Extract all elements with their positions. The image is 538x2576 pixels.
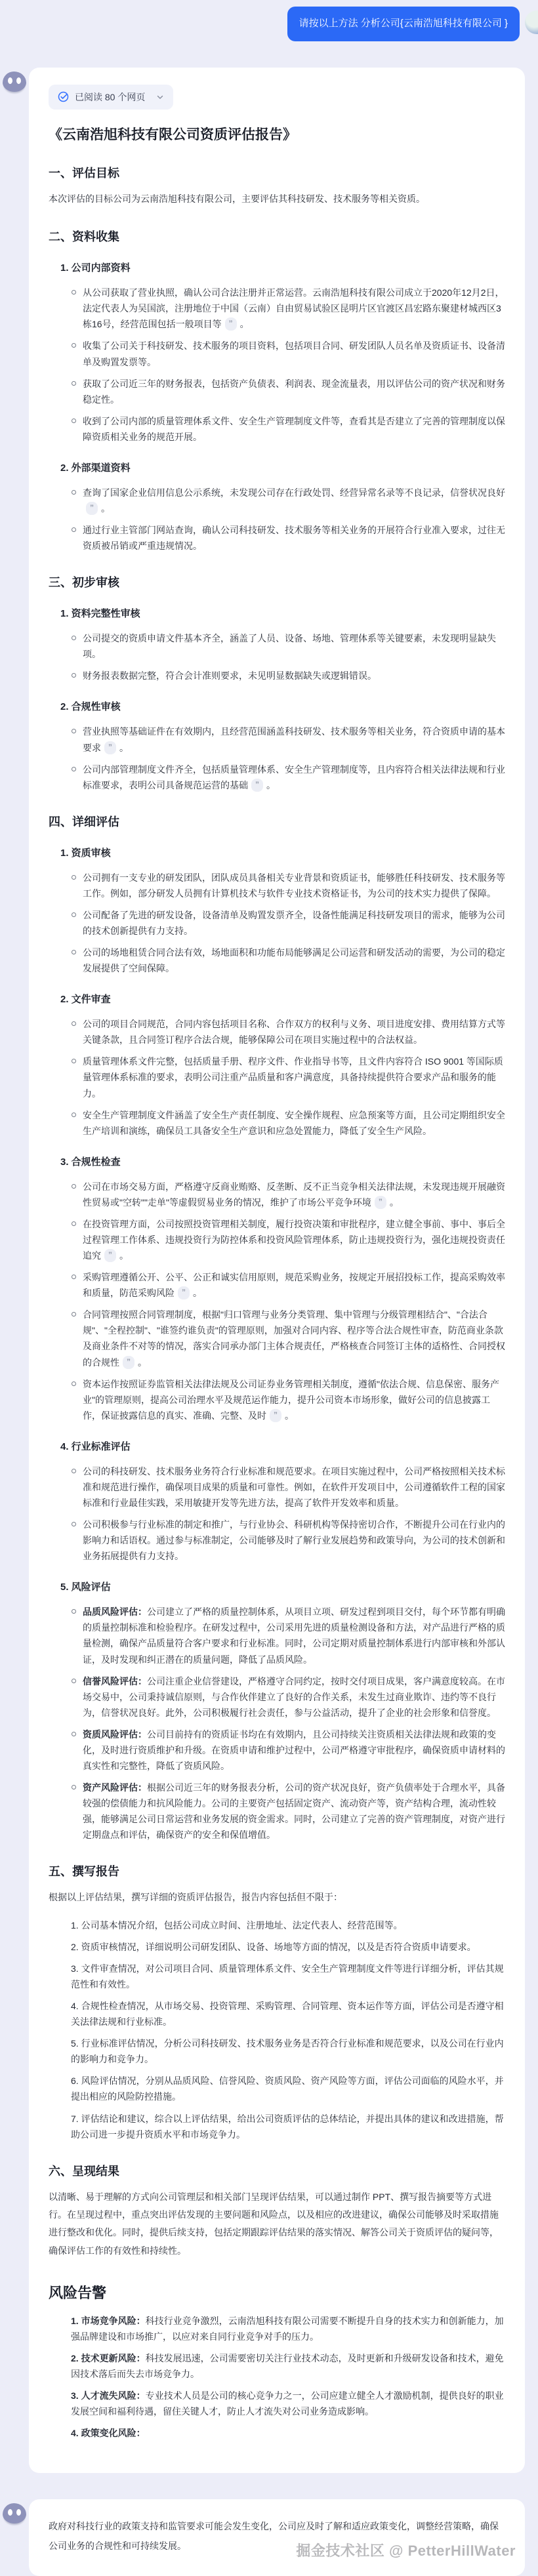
paragraph: 根据以上评估结果，撰写详细的资质评估报告，报告内容包括但不限于： bbox=[49, 1889, 505, 1906]
section-heading: 五、撰写报告 bbox=[49, 1862, 505, 1879]
section-heading: 二、资料收集 bbox=[49, 228, 505, 245]
subsection-heading: 2. 文件审查 bbox=[60, 992, 505, 1006]
list-item: 资产风险评估：根据公司近三年的财务报表分析，公司的资产状况良好，资产负债率处于合… bbox=[83, 1780, 505, 1843]
section-heading: 三、初步审核 bbox=[49, 573, 505, 590]
section-heading: 六、呈现结果 bbox=[49, 2162, 505, 2179]
citation-ref[interactable]: ” bbox=[375, 1196, 386, 1209]
assistant-followup-card: 政府对科技行业的政策支持和监管要求可能会发生变化，公司应及时了解和适应政策变化，… bbox=[29, 2499, 525, 2575]
list-item: 信誉风险评估：公司注重企业信誉建设，严格遵守合同约定，按时交付项目成果，客户满意… bbox=[83, 1673, 505, 1721]
section-heading: 一、评估目标 bbox=[49, 164, 505, 181]
list-item: 采购管理遵循公开、公平、公正和诚实信用原则，规范采购业务，按规定开展招投标工作，… bbox=[83, 1269, 505, 1301]
bullet-list: 营业执照等基础证件在有效期内，且经营范围涵盖科技研发、技术服务等相关业务，符合资… bbox=[49, 724, 505, 792]
paragraph: 本次评估的目标公司为云南浩旭科技有限公司，主要评估其科技研发、技术服务等相关资质… bbox=[49, 190, 505, 208]
bullet-list: 查询了国家企业信用信息公示系统，未发现公司存在行政处罚、经营异常名录等不良记录，… bbox=[49, 485, 505, 554]
list-item: 文件审查情况，对公司项目合同、质量管理体系文件、安全生产管理制度文件等进行详细分… bbox=[71, 1961, 505, 1992]
user-avatar bbox=[525, 10, 538, 34]
chevron-down-icon bbox=[156, 93, 164, 101]
list-item: 合规性检查情况，从市场交易、投资管理、采购管理、合同管理、资本运作等方面，评估公… bbox=[71, 1998, 505, 2030]
list-item: 公司的场地租赁合同合法有效，场地面积和功能布局能够满足公司运营和研发活动的需要，… bbox=[83, 945, 505, 976]
subsection-heading: 2. 合规性审核 bbox=[60, 699, 505, 713]
avatar-eye-icon bbox=[16, 2509, 21, 2516]
list-item: 安全生产管理制度文件涵盖了安全生产责任制度、安全操作规程、应急预案等方面，且公司… bbox=[83, 1107, 505, 1139]
item-lead: 信誉风险评估： bbox=[83, 1676, 147, 1687]
item-lead: 市场竞争风险： bbox=[81, 2316, 146, 2326]
citation-ref[interactable]: ” bbox=[251, 779, 263, 792]
check-circle-icon bbox=[58, 91, 69, 102]
numbered-list: 公司基本情况介绍，包括公司成立时间、注册地址、法定代表人、经营范围等。资质审核情… bbox=[49, 1917, 505, 2142]
subsection-heading: 1. 资料完整性审核 bbox=[60, 606, 505, 620]
assistant-followup-row: 政府对科技行业的政策支持和监管要求可能会发生变化，公司应及时了解和适应政策变化，… bbox=[0, 2499, 538, 2575]
citation-ref[interactable]: ” bbox=[86, 502, 98, 515]
avatar-eye-icon bbox=[16, 77, 21, 84]
bullet-list: 公司的科技研发、技术服务业务符合行业标准和规范要求。在项目实施过程中，公司严格按… bbox=[49, 1463, 505, 1564]
user-message-row: 请按以上方法 分析公司{云南浩旭科技有限公司 } bbox=[0, 0, 538, 41]
assistant-message-row: 已阅读 80 个网页 《云南浩旭科技有限公司资质评估报告》 一、评估目标本次评估… bbox=[0, 68, 538, 2474]
assistant-avatar bbox=[3, 2503, 26, 2524]
list-item: 技术更新风险：科技发展迅速，公司需要密切关注行业技术动态，及时更新和升级研发设备… bbox=[71, 2350, 505, 2382]
avatar-eye-icon bbox=[8, 77, 12, 84]
bullet-list: 从公司获取了营业执照，确认公司合法注册并正常运营。云南浩旭科技有限公司成立于20… bbox=[49, 285, 505, 445]
bullet-list: 公司提交的资质申请文件基本齐全，涵盖了人员、设备、场地、管理体系等关键要素，未发… bbox=[49, 630, 505, 684]
bullet-list: 品质风险评估：公司建立了严格的质量控制体系，从项目立项、研发过程到项目交付，每个… bbox=[49, 1604, 505, 1843]
subsection-heading: 2. 外部渠道资料 bbox=[60, 460, 505, 474]
list-item: 评估结论和建议，综合以上评估结果，给出公司资质评估的总体结论，并提出具体的建议和… bbox=[71, 2111, 505, 2142]
report-title: 《云南浩旭科技有限公司资质评估报告》 bbox=[49, 125, 505, 144]
list-item: 通过行业主管部门网站查询，确认公司科技研发、技术服务等相关业务的开展符合行业准入… bbox=[83, 522, 505, 554]
list-item: 风险评估情况，分别从品质风险、信誉风险、资质风险、资产风险等方面，评估公司面临的… bbox=[71, 2073, 505, 2104]
list-item: 收集了公司关于科技研发、技术服务的项目资料，包括项目合同、研发团队人员名单及资质… bbox=[83, 338, 505, 369]
bullet-list: 公司拥有一支专业的研发团队，团队成员具备相关专业背景和资质证书，能够胜任科技研发… bbox=[49, 870, 505, 976]
item-lead: 品质风险评估： bbox=[83, 1606, 147, 1617]
subsection-heading: 4. 行业标准评估 bbox=[60, 1439, 505, 1453]
subsection-heading: 5. 风险评估 bbox=[60, 1580, 505, 1593]
list-item: 在投资管理方面，公司按照投资管理相关制度，履行投资决策和审批程序，建立健全事前、… bbox=[83, 1216, 505, 1263]
list-item: 收到了公司内部的质量管理体系文件、安全生产管理制度文件等，查看其是否建立了完善的… bbox=[83, 413, 505, 445]
badge-label: 已阅读 80 个网页 bbox=[75, 91, 145, 104]
list-item: 人才流失风险：专业技术人员是公司的核心竞争力之一，公司应建立健全人才激励机制，提… bbox=[71, 2388, 505, 2419]
list-item: 政策变化风险： bbox=[71, 2425, 505, 2441]
assistant-report-card: 已阅读 80 个网页 《云南浩旭科技有限公司资质评估报告》 一、评估目标本次评估… bbox=[29, 68, 525, 2474]
list-item: 从公司获取了营业执照，确认公司合法注册并正常运营。云南浩旭科技有限公司成立于20… bbox=[83, 285, 505, 332]
list-item: 质量管理体系文件完整，包括质量手册、程序文件、作业指导书等，且文件内容符合 IS… bbox=[83, 1053, 505, 1101]
list-item: 公司提交的资质申请文件基本齐全，涵盖了人员、设备、场地、管理体系等关键要素，未发… bbox=[83, 630, 505, 662]
risk-alert-heading: 风险告警 bbox=[49, 2282, 505, 2302]
list-item: 公司拥有一支专业的研发团队，团队成员具备相关专业背景和资质证书，能够胜任科技研发… bbox=[83, 870, 505, 901]
subsection-heading: 1. 资质审核 bbox=[60, 846, 505, 859]
read-pages-badge[interactable]: 已阅读 80 个网页 bbox=[49, 85, 173, 110]
list-item: 合同管理按照合同管理制度，根据"归口管理与业务分类管理、集中管理与分级管理相结合… bbox=[83, 1307, 505, 1370]
list-item: 公司的项目合同规范，合同内容包括项目名称、合作双方的权利与义务、项目进度安排、费… bbox=[83, 1016, 505, 1048]
citation-ref[interactable]: ” bbox=[178, 1286, 190, 1299]
subsection-heading: 1. 公司内部资料 bbox=[60, 260, 505, 274]
list-item: 品质风险评估：公司建立了严格的质量控制体系，从项目立项、研发过程到项目交付，每个… bbox=[83, 1604, 505, 1667]
list-item: 行业标准评估情况，分析公司科技研发、技术服务业务是否符合行业标准和规范要求，以及… bbox=[71, 2035, 505, 2067]
item-lead: 人才流失风险： bbox=[81, 2390, 146, 2401]
list-item: 公司的科技研发、技术服务业务符合行业标准和规范要求。在项目实施过程中，公司严格按… bbox=[83, 1463, 505, 1511]
assistant-avatar bbox=[3, 72, 26, 92]
user-message-bubble: 请按以上方法 分析公司{云南浩旭科技有限公司 } bbox=[287, 7, 520, 41]
item-lead: 政策变化风险： bbox=[81, 2428, 146, 2438]
citation-ref[interactable]: ” bbox=[104, 1249, 116, 1262]
list-item: 公司积极参与行业标准的制定和推广，与行业协会、科研机构等保持密切合作，不断提升公… bbox=[83, 1517, 505, 1564]
list-item: 公司基本情况介绍，包括公司成立时间、注册地址、法定代表人、经营范围等。 bbox=[71, 1917, 505, 1933]
bullet-list: 公司的项目合同规范，合同内容包括项目名称、合作双方的权利与义务、项目进度安排、费… bbox=[49, 1016, 505, 1139]
item-lead: 技术更新风险： bbox=[81, 2353, 146, 2363]
citation-ref[interactable]: ” bbox=[123, 1356, 134, 1369]
list-item: 公司在市场交易方面，严格遵守反商业贿赂、反垄断、反不正当竞争相关法律法规，未发现… bbox=[83, 1179, 505, 1210]
item-lead: 资质风险评估： bbox=[83, 1729, 147, 1740]
citation-ref[interactable]: ” bbox=[104, 741, 116, 754]
paragraph: 以清晰、易于理解的方式向公司管理层和相关部门呈现评估结果，可以通过制作 PPT、… bbox=[49, 2188, 505, 2260]
citation-ref[interactable]: ” bbox=[270, 1409, 281, 1422]
report-body: 一、评估目标本次评估的目标公司为云南浩旭科技有限公司，主要评估其科技研发、技术服… bbox=[49, 164, 505, 2442]
citation-ref[interactable]: ” bbox=[225, 317, 237, 331]
numbered-list: 市场竞争风险：科技行业竞争激烈，云南浩旭科技有限公司需要不断提升自身的技术实力和… bbox=[49, 2313, 505, 2442]
list-item: 资本运作按照证券监管相关法律法规及公司证券业务管理相关制度，遵循"依法合规、信息… bbox=[83, 1376, 505, 1423]
list-item: 公司配备了先进的研发设备，设备清单及购置发票齐全，设备性能满足科技研发项目的需求… bbox=[83, 907, 505, 939]
list-item: 获取了公司近三年的财务报表，包括资产负债表、利润表、现金流量表，用以评估公司的资… bbox=[83, 376, 505, 407]
list-item: 财务报表数据完整，符合会计准则要求，未见明显数据缺失或逻辑错误。 bbox=[83, 668, 505, 684]
list-item: 市场竞争风险：科技行业竞争激烈，云南浩旭科技有限公司需要不断提升自身的技术实力和… bbox=[71, 2313, 505, 2344]
bullet-list: 公司在市场交易方面，严格遵守反商业贿赂、反垄断、反不正当竞争相关法律法规，未发现… bbox=[49, 1179, 505, 1423]
list-item: 资质风险评估：公司目前持有的资质证书均在有效期内，且公司持续关注资质相关法律法规… bbox=[83, 1727, 505, 1774]
watermark: 掘金技术社区 @ PetterHillWater bbox=[296, 2540, 516, 2560]
chat-page: 请按以上方法 分析公司{云南浩旭科技有限公司 } 已阅读 80 个网页 《云南浩… bbox=[0, 0, 538, 2576]
section-heading: 四、详细评估 bbox=[49, 813, 505, 830]
list-item: 资质审核情况，详细说明公司研发团队、设备、场地等方面的情况，以及是否符合资质申请… bbox=[71, 1939, 505, 1955]
item-lead: 资产风险评估： bbox=[83, 1782, 147, 1793]
avatar-eye-icon bbox=[8, 2509, 12, 2516]
subsection-heading: 3. 合规性检查 bbox=[60, 1155, 505, 1168]
list-item: 查询了国家企业信用信息公示系统，未发现公司存在行政处罚、经营异常名录等不良记录，… bbox=[83, 485, 505, 516]
list-item: 公司内部管理制度文件齐全，包括质量管理体系、安全生产管理制度等，且内容符合相关法… bbox=[83, 762, 505, 793]
list-item: 营业执照等基础证件在有效期内，且经营范围涵盖科技研发、技术服务等相关业务，符合资… bbox=[83, 724, 505, 755]
